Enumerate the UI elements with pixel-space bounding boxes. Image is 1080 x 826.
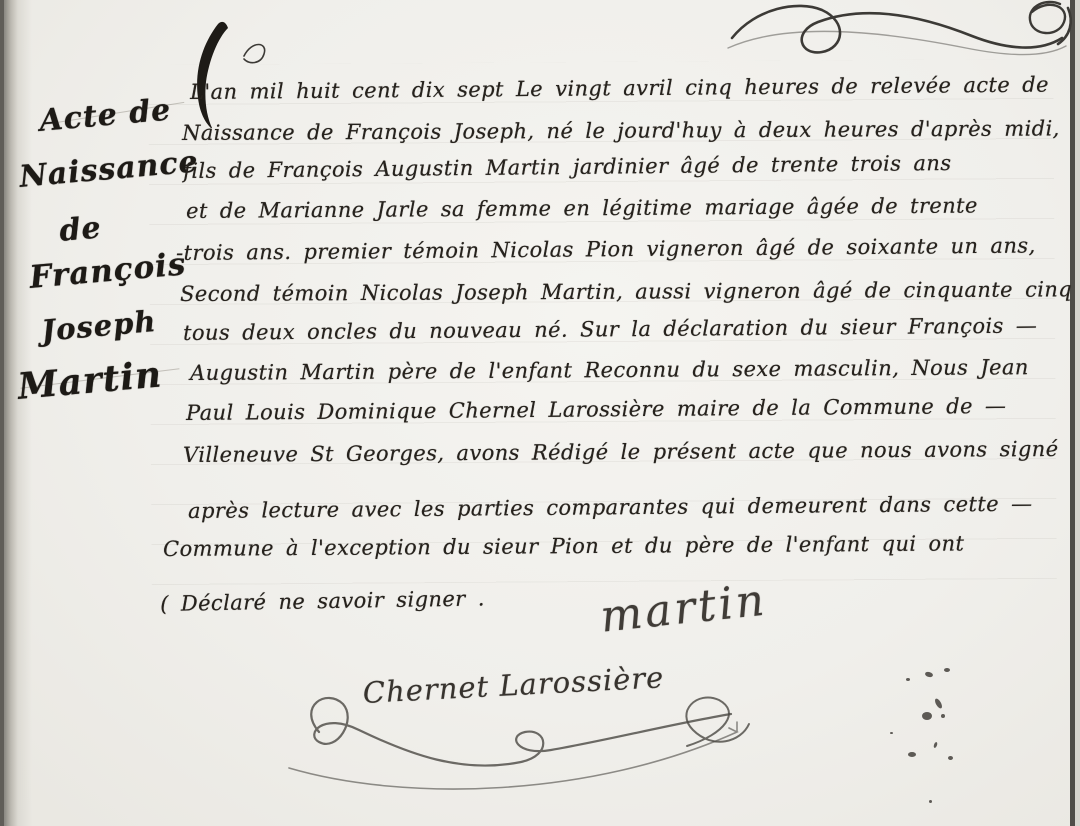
signature-martin: martin (598, 575, 770, 643)
binding-edge-left (0, 0, 32, 826)
flourish-opening-mark (186, 20, 286, 128)
flourish-top-right (726, 0, 1078, 76)
margin-note-line-5: Joseph (40, 304, 158, 348)
margin-note-line-6: Martin (16, 353, 164, 407)
body-line-2: Naissance de François Joseph, né le jour… (182, 116, 1060, 145)
body-line-6: Second témoin Nicolas Joseph Martin, aus… (180, 277, 1080, 306)
margin-note-line-3: de (58, 210, 103, 249)
document-page: Acte de Naissance de François Joseph Mar… (0, 0, 1080, 826)
body-line-13: ( Déclaré ne savoir signer . (160, 586, 485, 616)
page-edge-right-highlight (1075, 0, 1080, 826)
flourish-signature-paraph (285, 688, 759, 804)
binding-edge-core (0, 0, 4, 826)
